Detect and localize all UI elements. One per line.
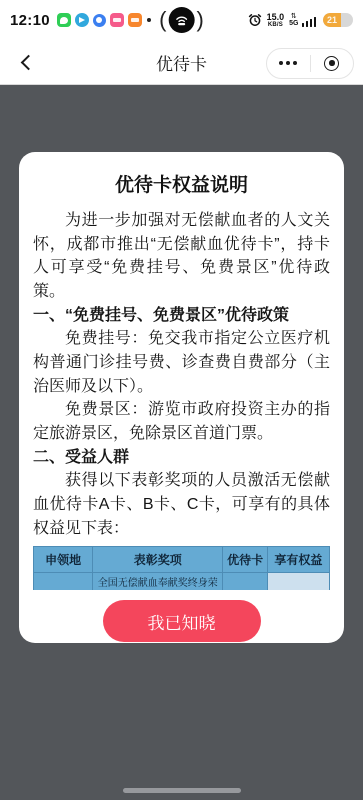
dialog-title: 优待卡权益说明 bbox=[33, 170, 330, 197]
intro-paragraph: 为进一步加强对无偿献血者的人文关怀，成都市推出“无偿献血优待卡”，持卡人可享受“… bbox=[33, 209, 330, 304]
cell-award: 全国无偿献血奉献奖终身荣誉 bbox=[93, 573, 223, 591]
section2-paragraph: 获得以下表彰奖项的人员激活无偿献血优待卡A卡、B卡、C卡，可享有的具体权益见下表… bbox=[33, 469, 330, 540]
back-button[interactable] bbox=[8, 40, 44, 85]
signal-bars-icon bbox=[302, 17, 317, 27]
camera-cutout-hotspot-icon bbox=[169, 7, 195, 33]
more-dots-icon bbox=[279, 61, 297, 65]
benefit-table-container: 申领地 表彰奖项 优待卡 享有权益 全国无偿献血奉献奖终身荣誉 bbox=[33, 546, 330, 590]
notification-dot bbox=[147, 18, 151, 22]
blue-app-notification-icon bbox=[93, 14, 106, 27]
alarm-clock-icon bbox=[248, 13, 262, 27]
benefit-table-header-row: 申领地 表彰奖项 优待卡 享有权益 bbox=[34, 547, 330, 573]
miniprogram-capsule bbox=[266, 48, 354, 79]
section1-heading: 一、“免费挂号、免费景区”优待政策 bbox=[33, 304, 330, 328]
network-generation: 5G bbox=[289, 20, 298, 27]
benefit-explanation-dialog: 优待卡权益说明 为进一步加强对无偿献血者的人文关怀，成都市推出“无偿献血优待卡”… bbox=[19, 152, 344, 643]
close-circle-icon bbox=[324, 56, 339, 71]
nav-bar: 优待卡 bbox=[0, 40, 363, 85]
section1-paragraph-scenic: 免费景区：游览市政府投资主办的指定旅游景区，免除景区首道门票。 bbox=[33, 398, 330, 445]
telegram-notification-icon bbox=[75, 13, 89, 27]
benefit-table-row: 全国无偿献血奉献奖终身荣誉 bbox=[34, 573, 330, 591]
pink-app-notification-icon bbox=[110, 13, 124, 27]
right-paren-decoration: ) bbox=[197, 9, 204, 31]
battery-percent: 21 bbox=[327, 15, 337, 25]
app-header: 12:10 ( ) bbox=[0, 0, 363, 85]
section1-paragraph-registration: 免费挂号：免交我市指定公立医疗机构普通门诊挂号费、诊查费自费部分（主治医师及以下… bbox=[33, 327, 330, 398]
updown-arrows-icon: ⇅ bbox=[291, 13, 297, 20]
more-menu-button[interactable] bbox=[267, 49, 310, 78]
cell-apply-location bbox=[34, 573, 93, 591]
orange-app-notification-icon bbox=[128, 13, 142, 27]
close-miniprogram-button[interactable] bbox=[311, 49, 354, 78]
cell-card-type bbox=[223, 573, 267, 591]
left-paren-decoration: ( bbox=[159, 9, 166, 31]
battery-indicator: 21 bbox=[323, 13, 353, 27]
header-benefits: 享有权益 bbox=[267, 547, 329, 573]
status-time: 12:10 bbox=[10, 12, 50, 29]
network-type-label: ⇅ 5G bbox=[289, 13, 298, 27]
notification-icons bbox=[57, 13, 142, 27]
wechat-notification-icon bbox=[57, 13, 71, 27]
status-bar-right: 15.0 KB/S ⇅ 5G 21 bbox=[248, 13, 353, 28]
phone-screen: 12:10 ( ) bbox=[0, 0, 363, 800]
camera-cutout-cluster: ( ) bbox=[159, 0, 204, 40]
back-chevron-icon bbox=[20, 55, 36, 71]
header-card-type: 优待卡 bbox=[223, 547, 267, 573]
status-bar: 12:10 ( ) bbox=[0, 0, 363, 40]
acknowledge-button[interactable]: 我已知晓 bbox=[103, 600, 261, 642]
network-speed-indicator: 15.0 KB/S bbox=[267, 13, 285, 28]
header-apply-location: 申领地 bbox=[34, 547, 93, 573]
section2-heading: 二、受益人群 bbox=[33, 446, 330, 470]
header-award: 表彰奖项 bbox=[93, 547, 223, 573]
cell-benefits bbox=[267, 573, 329, 591]
network-speed-value: 15.0 bbox=[267, 13, 285, 22]
network-speed-unit: KB/S bbox=[268, 22, 283, 28]
cellular-signal-indicator: ⇅ 5G bbox=[289, 13, 316, 27]
benefit-table: 申领地 表彰奖项 优待卡 享有权益 全国无偿献血奉献奖终身荣誉 bbox=[33, 546, 330, 590]
home-indicator-bar[interactable] bbox=[123, 788, 241, 793]
